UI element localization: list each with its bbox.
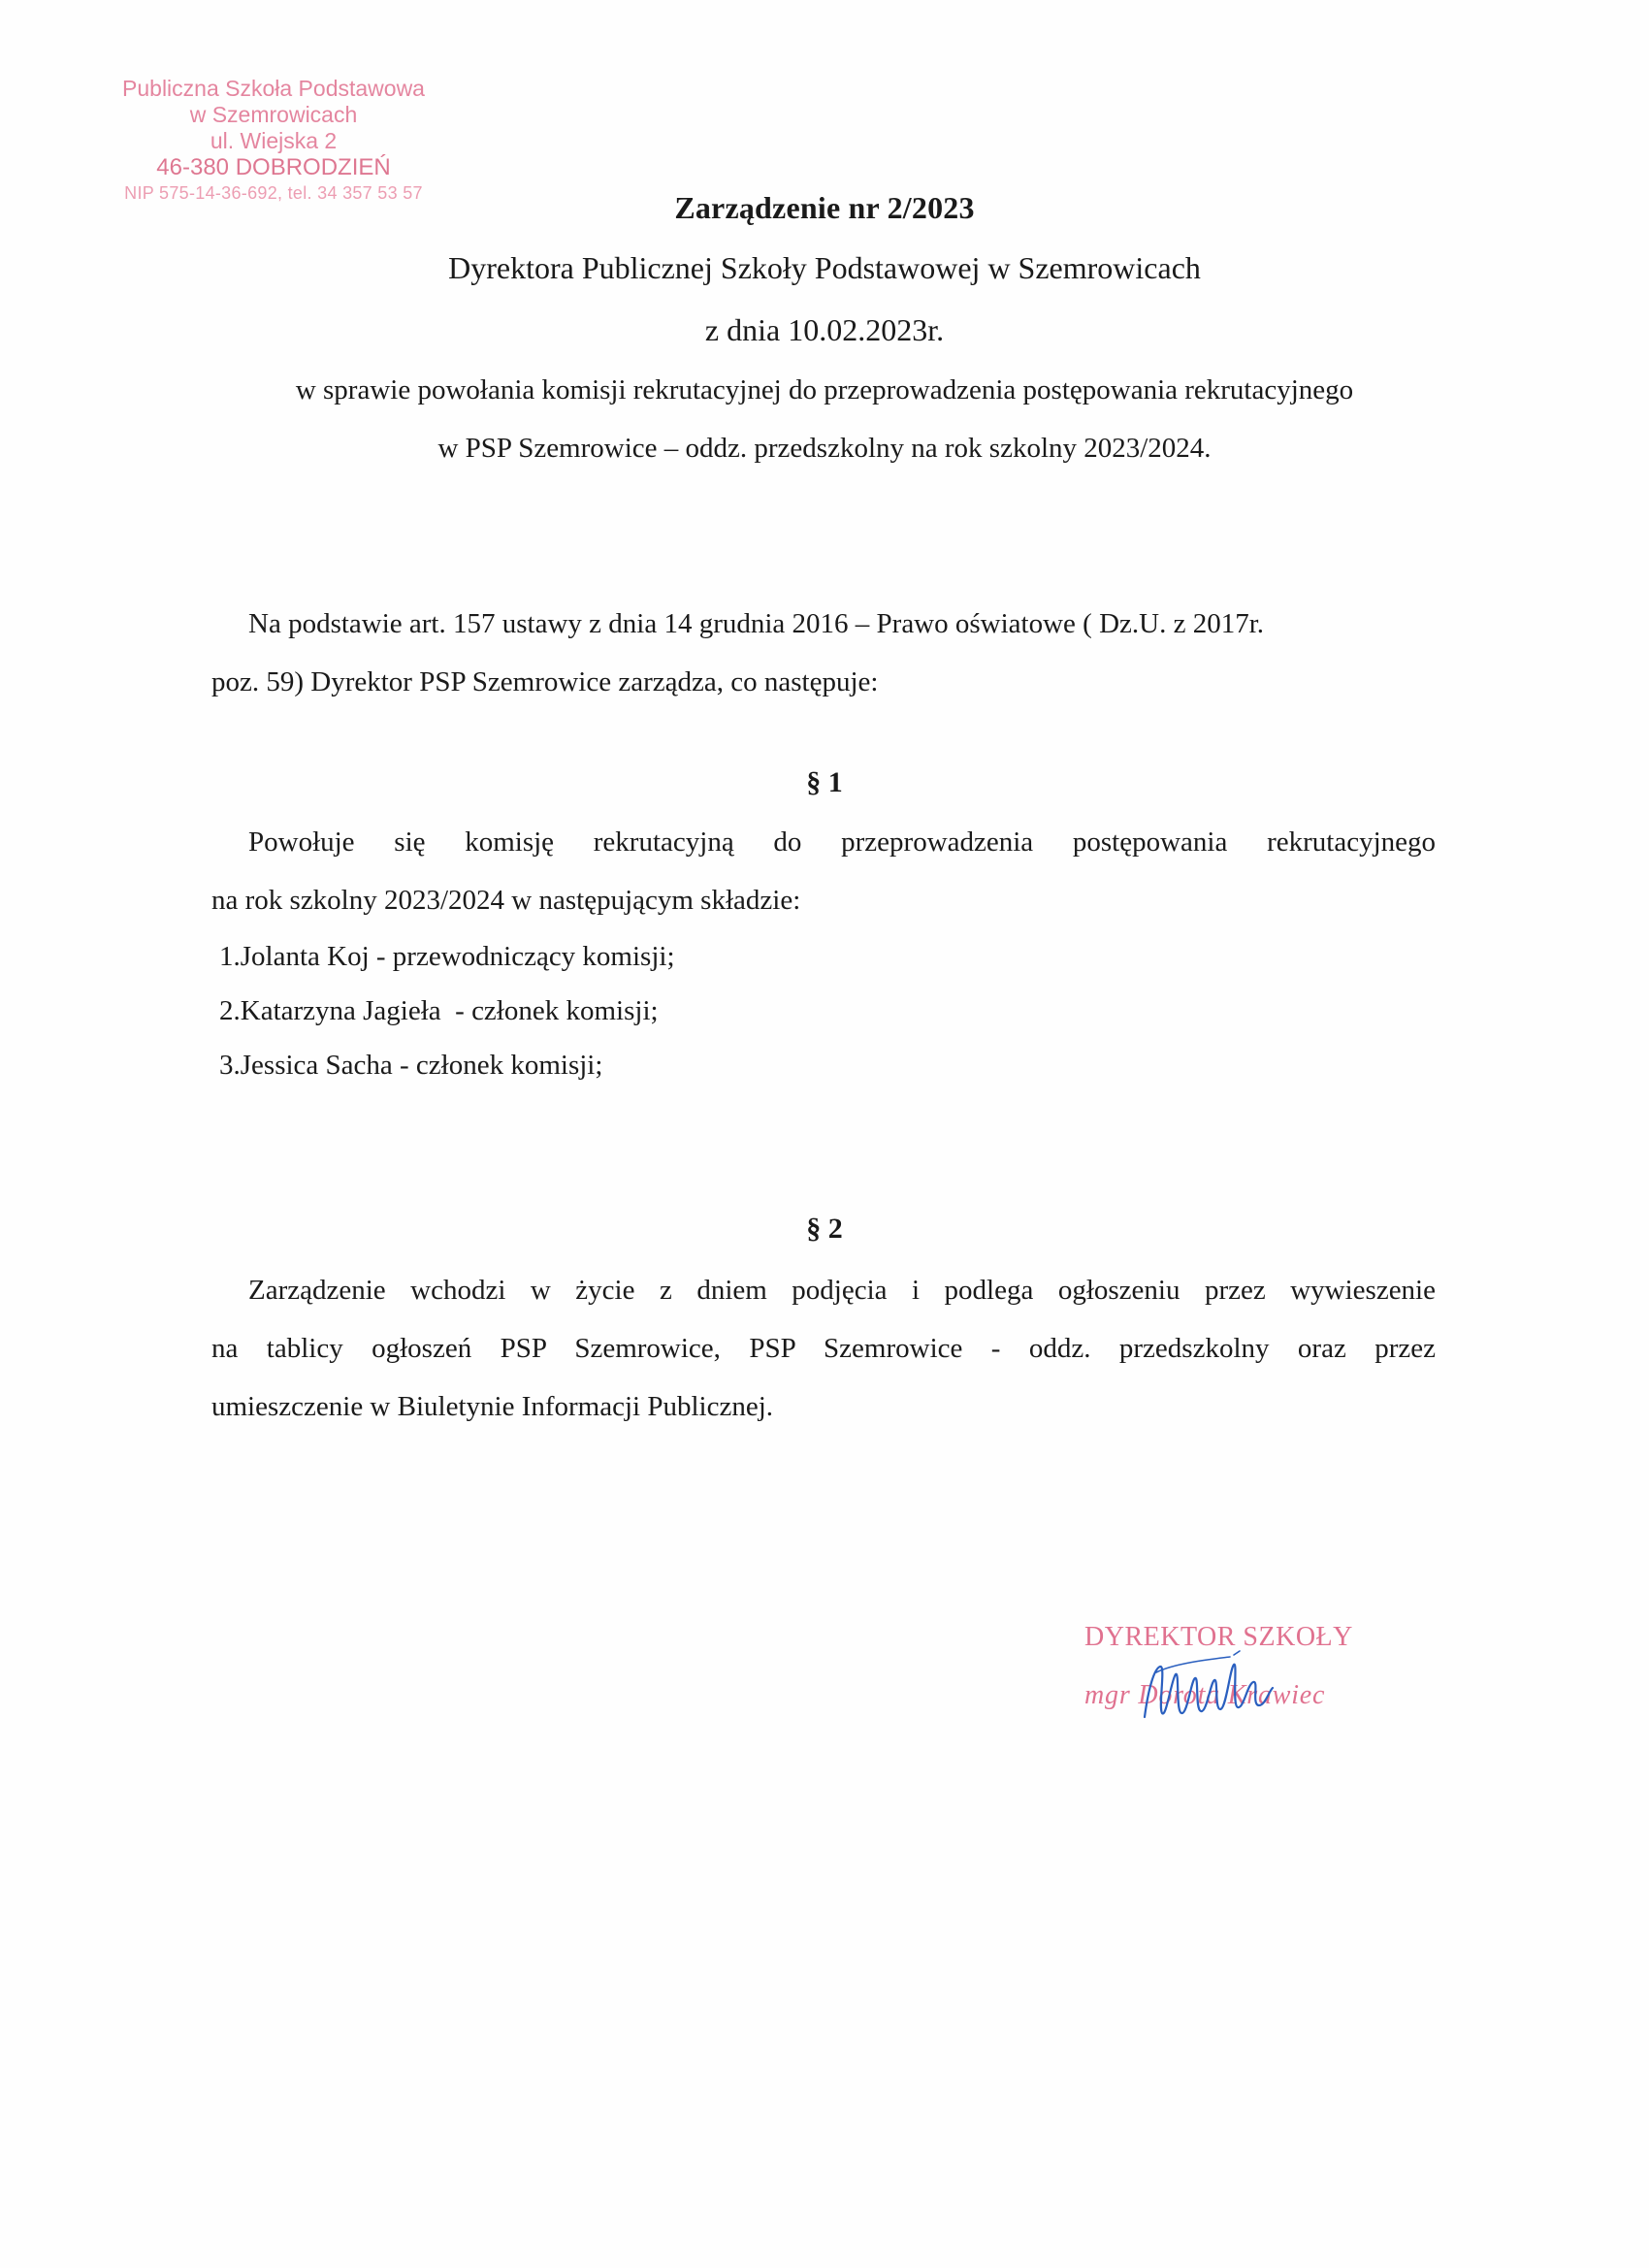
paragraph-line: umieszczenie w Biuletynie Informacji Pub… [211,1377,1436,1436]
school-stamp: Publiczna Szkoła Podstawowa w Szemrowica… [80,76,468,207]
stamp-location: w Szemrowicach [80,102,468,128]
paragraph-line: poz. 59) Dyrektor PSP Szemrowice zarządz… [211,653,1436,711]
paragraph-line: Na podstawie art. 157 ustawy z dnia 14 g… [211,595,1436,653]
paragraph-line: Zarządzenie wchodzi w życie z dniem podj… [211,1261,1436,1319]
stamp-school-name: Publiczna Szkoła Podstawowa [80,76,468,102]
section-1-paragraph: Powołuje się komisję rekrutacyjną do prz… [211,813,1436,929]
section-1-heading: § 1 [0,766,1649,799]
document-date: z dnia 10.02.2023r. [0,312,1649,348]
legal-basis-paragraph: Na podstawie art. 157 ustawy z dnia 14 g… [211,595,1436,711]
paragraph-line: Powołuje się komisję rekrutacyjną do prz… [211,813,1436,871]
document-issuer: Dyrektora Publicznej Szkoły Podstawowej … [0,250,1649,286]
stamp-street: ul. Wiejska 2 [80,128,468,154]
document-title: Zarządzenie nr 2/2023 [0,190,1649,226]
committee-member: 2.Katarzyna Jagieła - członek komisji; [211,984,675,1038]
paragraph-line: na tablicy ogłoszeń PSP Szemrowice, PSP … [211,1319,1436,1377]
section-2-paragraph: Zarządzenie wchodzi w życie z dniem podj… [211,1261,1436,1436]
document-subject-line: w PSP Szemrowice – oddz. przedszkolny na… [0,433,1649,465]
stamp-postal-city: 46-380 DOBRODZIEŃ [80,154,468,180]
committee-member: 1.Jolanta Koj - przewodniczący komisji; [211,929,675,984]
document-page: Publiczna Szkoła Podstawowa w Szemrowica… [0,0,1649,2268]
document-subject-line: w sprawie powołania komisji rekrutacyjne… [0,374,1649,406]
signature-icon [1137,1649,1282,1727]
paragraph-line: na rok szkolny 2023/2024 w następującym … [211,871,1436,929]
committee-member-list: 1.Jolanta Koj - przewodniczący komisji; … [211,929,675,1092]
section-2-heading: § 2 [0,1213,1649,1246]
committee-member: 3.Jessica Sacha - członek komisji; [211,1038,675,1092]
